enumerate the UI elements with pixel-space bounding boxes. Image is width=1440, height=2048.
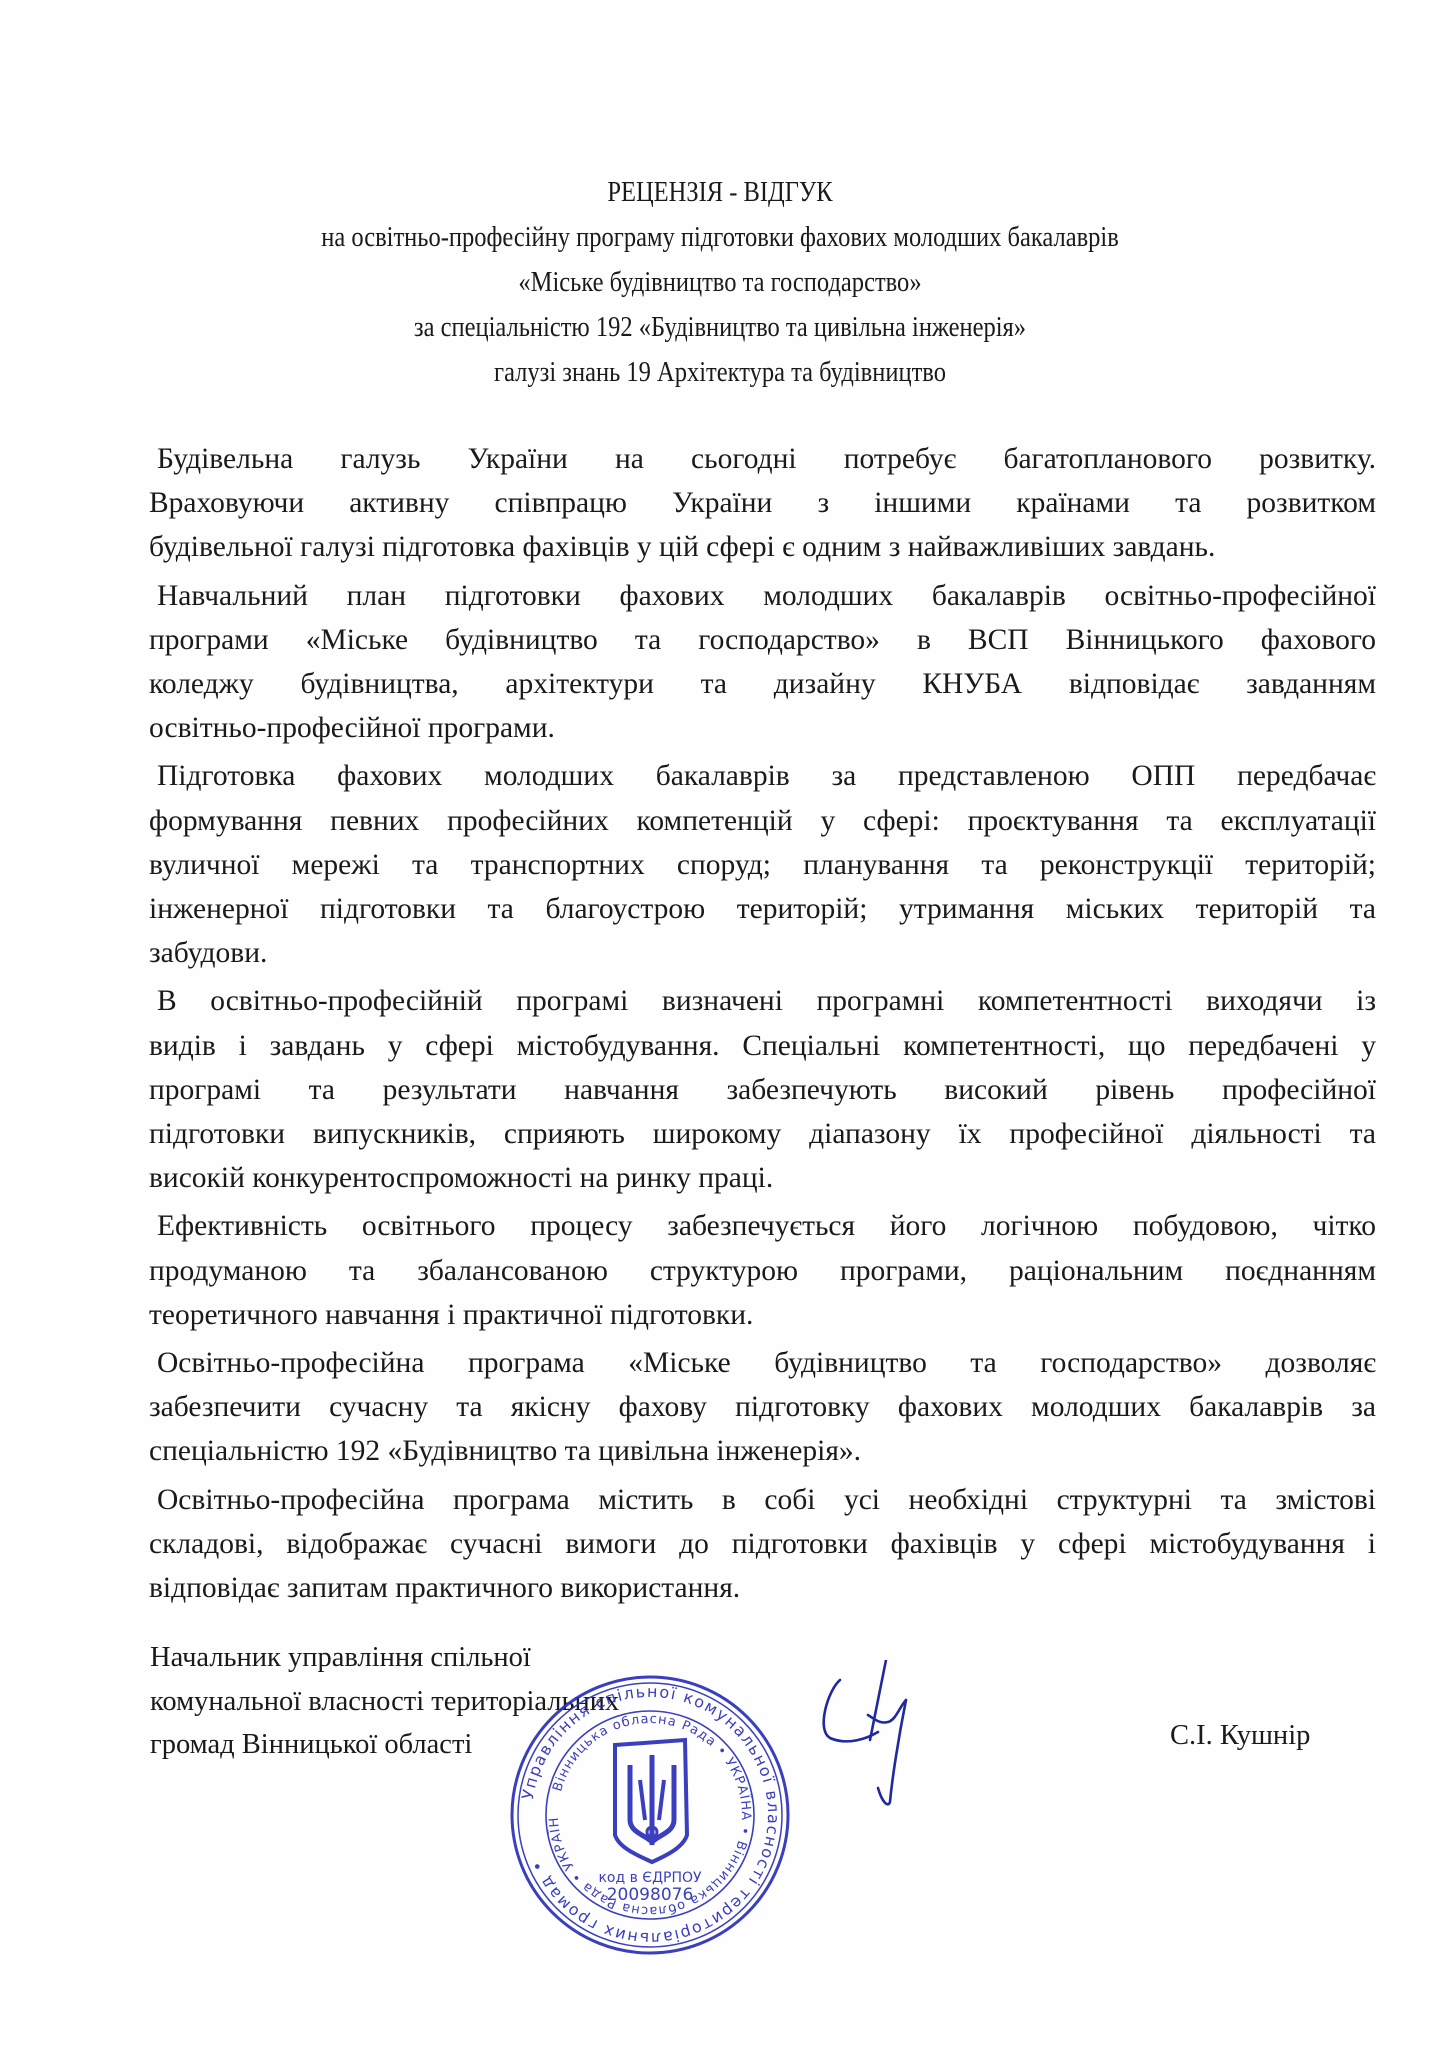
paragraph-line: освітньо-професійної програми. bbox=[149, 706, 1376, 750]
paragraph-line: забезпечити сучасну та якісну фахову під… bbox=[149, 1385, 1376, 1429]
official-stamp: Управління спільної комунальної власност… bbox=[505, 1670, 795, 1960]
paragraph-line: програмі та результати навчання забезпеч… bbox=[149, 1068, 1376, 1112]
body-paragraph: Ефективність освітнього процесу забезпеч… bbox=[149, 1204, 1376, 1337]
signer-name: С.І. Кушнір bbox=[1170, 1720, 1310, 1752]
paragraph-line: складові, відображає сучасні вимоги до п… bbox=[149, 1522, 1376, 1566]
paragraph-line: коледжу будівництва, архітектури та диза… bbox=[149, 662, 1376, 706]
paragraph-line: Враховуючи активну співпрацю України з і… bbox=[149, 481, 1376, 525]
paragraph-line: інженерної підготовки та благоустрою тер… bbox=[149, 887, 1376, 931]
header-line: «Міське будівництво та господарство» bbox=[230, 260, 1210, 305]
paragraph-line: підготовки випускників, сприяють широком… bbox=[149, 1112, 1376, 1156]
trident-coat-of-arms-icon bbox=[615, 1740, 687, 1862]
document-body: Будівельна галузь України на сьогодні по… bbox=[149, 437, 1376, 1614]
paragraph-line: Освітньо-професійна програма містить в с… bbox=[149, 1478, 1376, 1522]
body-paragraph: В освітньо-професійній програмі визначен… bbox=[149, 979, 1376, 1200]
paragraph-line: В освітньо-професійній програмі визначен… bbox=[149, 979, 1376, 1023]
paragraph-line: відповідає запитам практичного використа… bbox=[149, 1566, 1376, 1610]
paragraph-line: програми «Міське будівництво та господар… bbox=[149, 618, 1376, 662]
paragraph-line: Підготовка фахових молодших бакалаврів з… bbox=[149, 754, 1376, 798]
document-header: РЕЦЕНЗІЯ - ВІДГУК на освітньо-професійну… bbox=[230, 170, 1210, 395]
paragraph-line: теоретичного навчання і практичної підго… bbox=[149, 1293, 1376, 1337]
paragraph-line: Ефективність освітнього процесу забезпеч… bbox=[149, 1204, 1376, 1248]
paragraph-line: спеціальністю 192 «Будівництво та цивіль… bbox=[149, 1429, 1376, 1473]
paragraph-line: Освітньо-професійна програма «Міське буд… bbox=[149, 1341, 1376, 1385]
header-line: на освітньо-професійну програму підготов… bbox=[230, 215, 1210, 260]
header-line: галузі знань 19 Архітектура та будівницт… bbox=[230, 350, 1210, 395]
stamp-code-label: код в ЄДРПОУ bbox=[598, 1870, 702, 1886]
stamp-code-value: 20098076 bbox=[607, 1885, 694, 1905]
paragraph-line: будівельної галузі підготовка фахівців у… bbox=[149, 525, 1376, 569]
body-paragraph: Навчальний план підготовки фахових молод… bbox=[149, 574, 1376, 751]
document-title: РЕЦЕНЗІЯ - ВІДГУК bbox=[230, 170, 1210, 215]
handwritten-signature-icon bbox=[818, 1660, 958, 1810]
body-paragraph: Підготовка фахових молодших бакалаврів з… bbox=[149, 754, 1376, 975]
body-paragraph: Будівельна галузь України на сьогодні по… bbox=[149, 437, 1376, 570]
body-paragraph: Освітньо-професійна програма «Міське буд… bbox=[149, 1341, 1376, 1474]
paragraph-line: видів і завдань у сфері містобудування. … bbox=[149, 1024, 1376, 1068]
paragraph-line: Навчальний план підготовки фахових молод… bbox=[149, 574, 1376, 618]
paragraph-line: формування певних професійних компетенці… bbox=[149, 799, 1376, 843]
paragraph-line: високій конкурентоспроможності на ринку … bbox=[149, 1156, 1376, 1200]
header-line: за спеціальністю 192 «Будівництво та цив… bbox=[230, 305, 1210, 350]
paragraph-line: Будівельна галузь України на сьогодні по… bbox=[149, 437, 1376, 481]
paragraph-line: продуманою та збалансованою структурою п… bbox=[149, 1249, 1376, 1293]
paragraph-line: забудови. bbox=[149, 931, 1376, 975]
body-paragraph: Освітньо-професійна програма містить в с… bbox=[149, 1478, 1376, 1611]
document-page: РЕЦЕНЗІЯ - ВІДГУК на освітньо-професійну… bbox=[0, 0, 1440, 2048]
paragraph-line: вуличної мережі та транспортних споруд; … bbox=[149, 843, 1376, 887]
